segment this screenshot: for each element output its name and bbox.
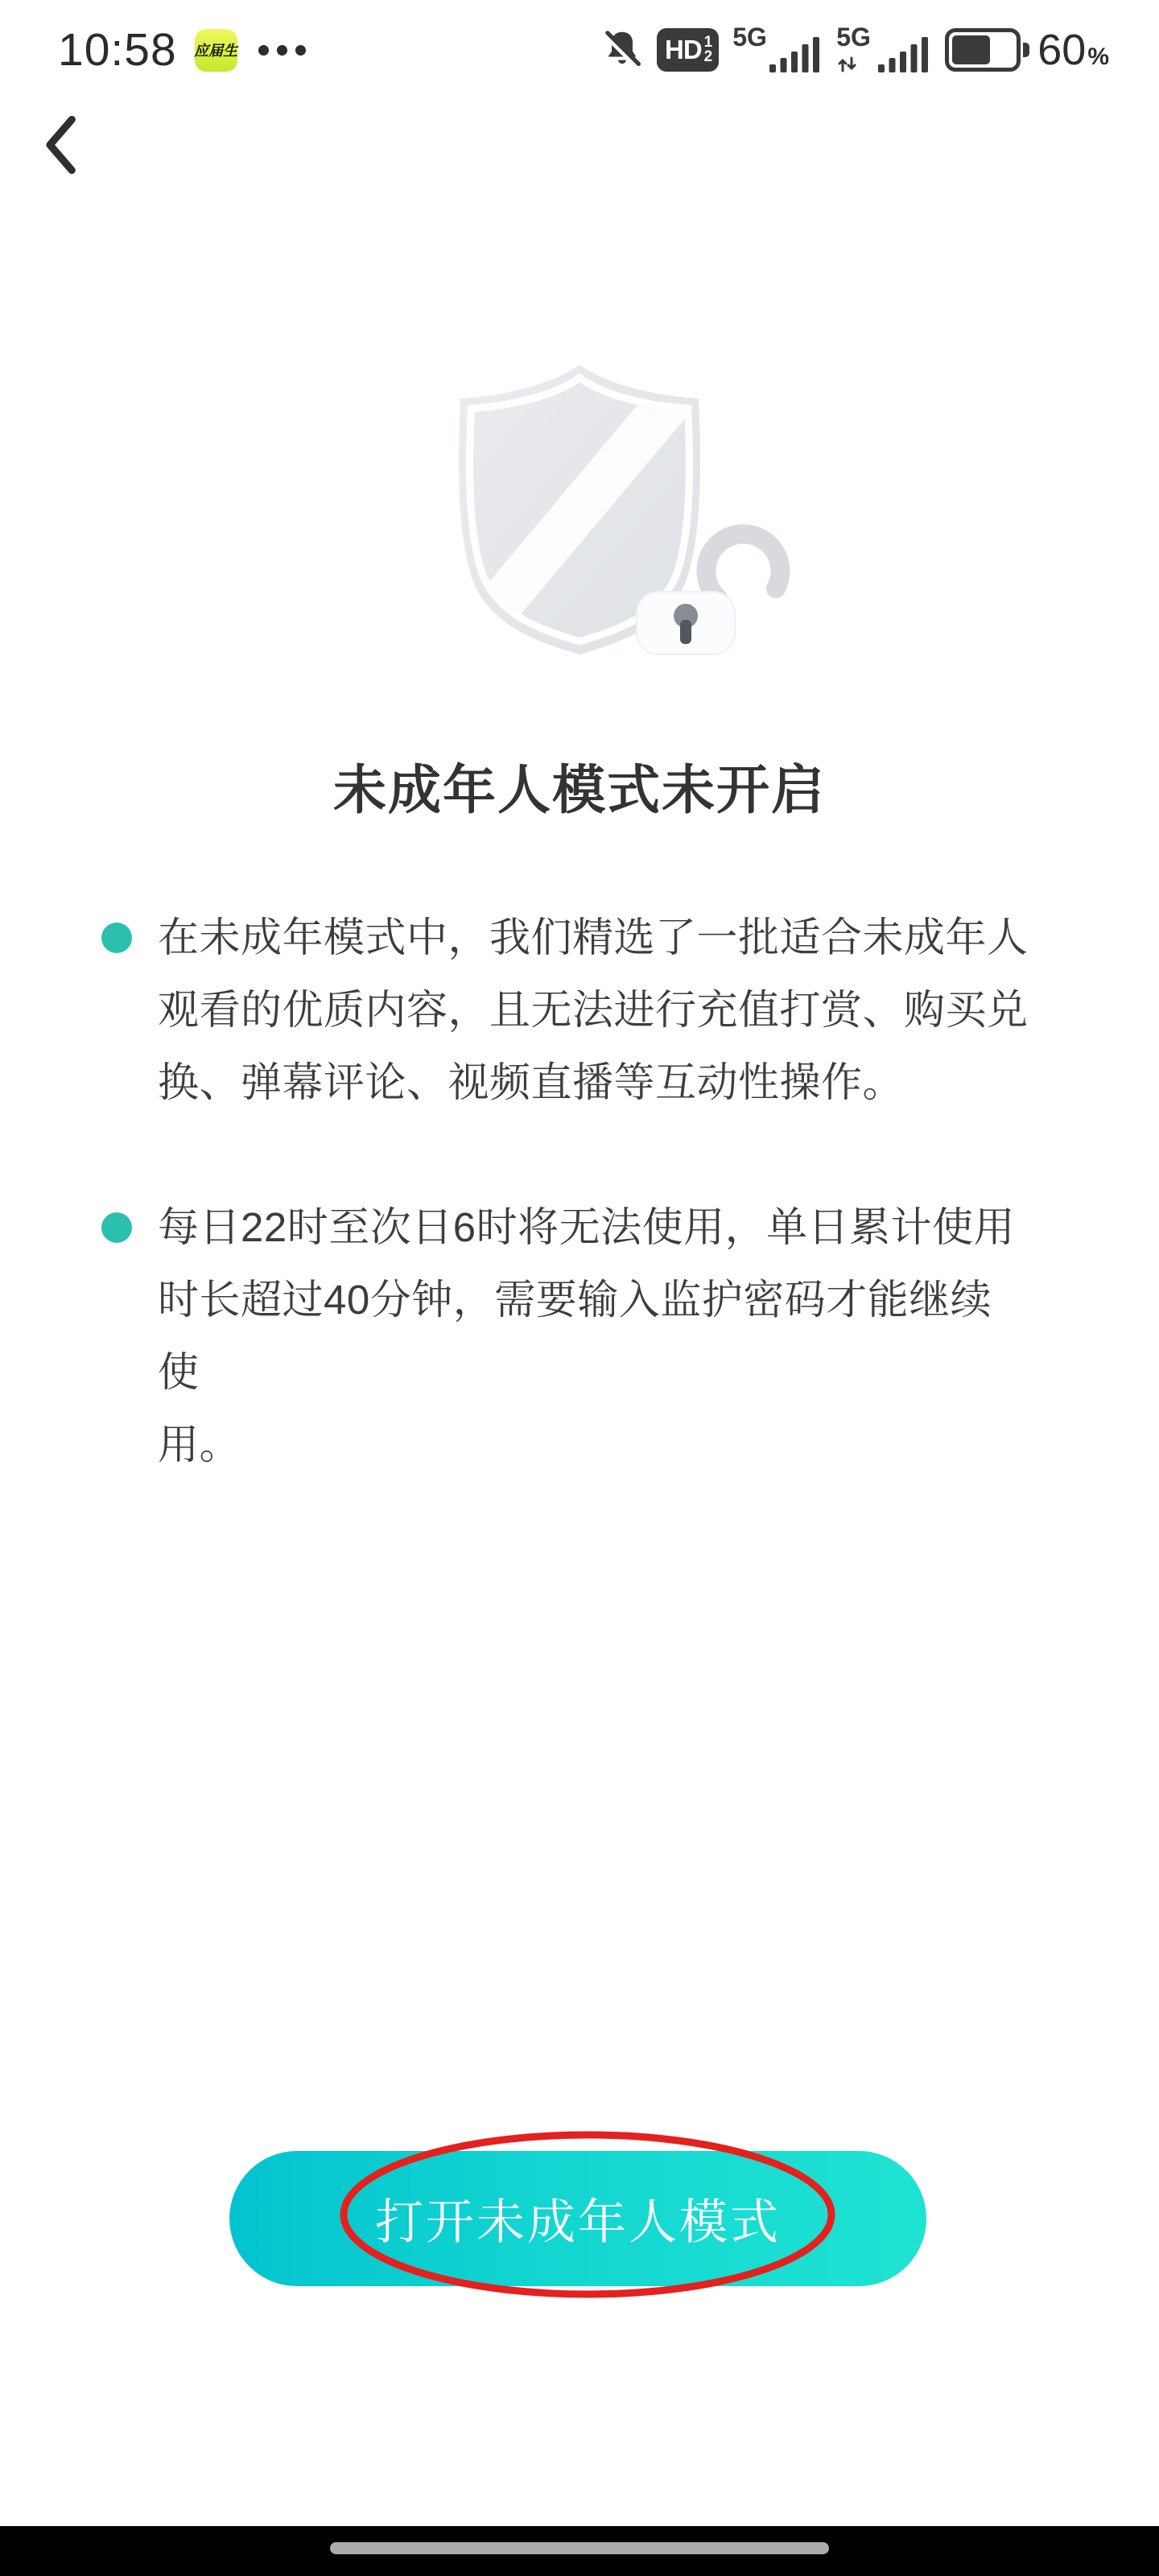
app-notification-icon: 应届生: [195, 29, 237, 72]
bullet2-line3: 用。: [158, 1409, 1030, 1481]
bullet1-line1: 在未成年模式中，我们精选了一批适合未成年人: [158, 902, 1030, 974]
home-indicator[interactable]: [330, 2542, 829, 2554]
bullet1-line2: 观看的优质内容，且无法进行充值打赏、购买兑: [158, 974, 1030, 1046]
lock-shackle: [706, 534, 780, 598]
page-title: 未成年人模式未开启: [0, 747, 1159, 824]
bullet-time-limits: 每日22时至次日6时将无法使用，单日累计使用 时长超过40分钟，需要输入监护密码…: [97, 1191, 1030, 1481]
bullet2-line2: 时长超过40分钟，需要输入监护密码才能继续使: [158, 1264, 1030, 1409]
bullet-dot-icon: [101, 1212, 132, 1243]
shield-unlocked-icon: [402, 342, 805, 688]
battery-percent-text: 60: [1037, 25, 1086, 75]
signal-bars-icon: [769, 35, 823, 72]
signal-sim1-icon: 5G: [732, 26, 823, 74]
clock-text: 10:58: [58, 23, 177, 76]
sim1-network-label: 5G: [732, 23, 767, 52]
bullet-dot-icon: [101, 923, 132, 953]
back-button[interactable]: [42, 114, 106, 182]
battery-percent-sign: %: [1087, 43, 1109, 71]
app-badge-label: 应届生: [194, 39, 237, 60]
system-navigation-bar: [0, 2526, 1159, 2576]
chevron-left-icon: [42, 114, 77, 175]
battery-fill: [952, 35, 989, 64]
enable-minor-mode-button[interactable]: 打开未成年人模式: [229, 2151, 926, 2286]
status-bar-right: HD 1 2 5G 5G: [601, 25, 1109, 75]
bullet2-line1: 每日22时至次日6时将无法使用，单日累计使用: [158, 1191, 1030, 1264]
hero-illustration: [402, 342, 805, 688]
status-bar: 10:58 应届生 HD 1 2 5G: [0, 21, 1159, 79]
data-activity-icon: [838, 56, 857, 72]
battery-icon: 60 %: [945, 25, 1109, 75]
minor-mode-screen: 10:58 应届生 HD 1 2 5G: [0, 0, 1159, 2576]
signal-bars-icon: [878, 35, 931, 72]
info-bullet-list: 在未成年模式中，我们精选了一批适合未成年人 观看的优质内容，且无法进行充值打赏、…: [97, 902, 1030, 1481]
volte-hd-label: HD: [665, 35, 702, 65]
bullet1-line3: 换、弹幕评论、视频直播等互动性操作。: [158, 1046, 1030, 1119]
more-notifications-icon: [258, 45, 306, 56]
status-bar-left: 10:58 应届生: [58, 23, 306, 76]
volte-hd-icon: HD 1 2: [657, 28, 719, 72]
mute-bell-icon: [601, 27, 643, 72]
sim2-network-label: 5G: [836, 23, 871, 52]
bullet-content-restrictions: 在未成年模式中，我们精选了一批适合未成年人 观看的优质内容，且无法进行充值打赏、…: [97, 902, 1030, 1119]
volte-sim2-label: 2: [704, 50, 713, 64]
signal-sim2-icon: 5G: [836, 26, 931, 74]
